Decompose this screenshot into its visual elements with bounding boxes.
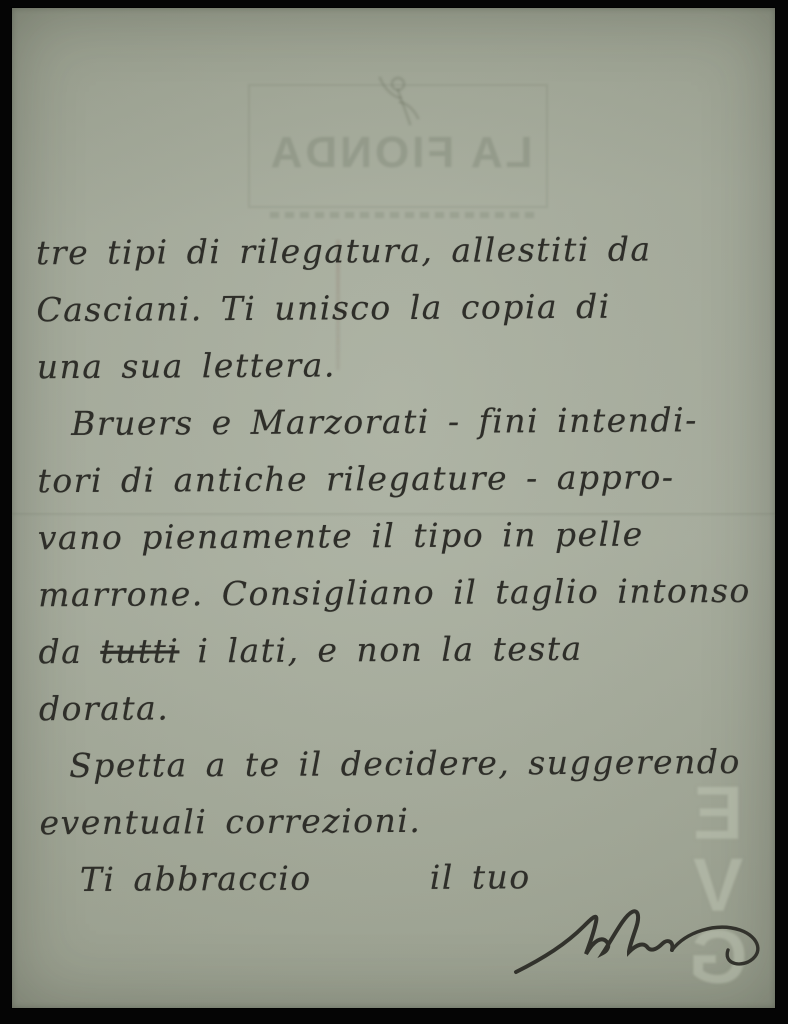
letterhead-address-showthrough [266,212,534,218]
letterhead-showthrough: LA FIONDA [252,70,548,220]
letter-line: dorata. [39,676,769,737]
letter-body: tre tipi di rilegatura, allestiti da Cas… [36,220,770,908]
struck-word: tutti [100,631,179,670]
letter-line: Casciani. Ti unisco la copia di [36,277,766,338]
signature-flourish [510,886,772,990]
letter-paper: LA FIONDA E V G tre tipi di rilegatura, … [12,8,775,1008]
letterhead-frame [248,84,548,208]
letter-line: tori di antiche rilegature - appro- [37,448,767,509]
letter-line: Bruers e Marzorati - fini intendi- [37,391,767,452]
line-segment: da [38,632,100,671]
letter-line: marrone. Consigliano il taglio intonso [38,562,768,623]
letter-line: una sua lettera. [37,334,767,395]
letterhead-text: LA FIONDA [252,128,548,178]
closing-salutation: Ti abbraccio [80,859,312,899]
line-segment: i lati, e non la testa [179,629,583,670]
letter-line: vano pienamente il tipo in pelle [38,505,768,566]
letterhead-slinger-icon [376,72,424,134]
letter-line: Spetta a te il decidere, suggerendo [39,733,769,794]
scanned-letter-page: LA FIONDA E V G tre tipi di rilegatura, … [0,0,788,1024]
letter-line: da tutti i lati, e non la testa [38,619,768,680]
letter-line: tre tipi di rilegatura, allestiti da [36,220,766,281]
letter-line: eventuali correzioni. [39,790,769,851]
